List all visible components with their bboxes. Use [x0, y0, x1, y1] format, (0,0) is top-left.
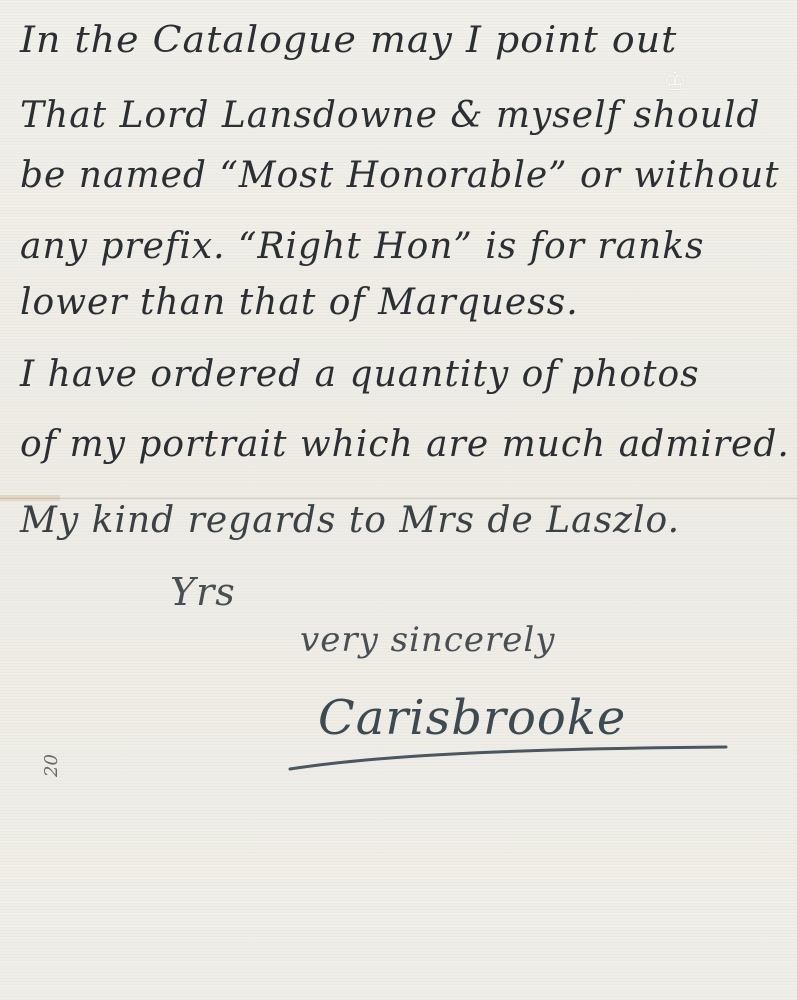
letter-line-1: In the Catalogue may I point out — [20, 20, 677, 61]
letter-line-8: My kind regards to Mrs de Laszlo. — [20, 500, 680, 541]
letter-page: ♔ In the Catalogue may I point out That … — [0, 0, 797, 1000]
closing-sincerely: very sincerely — [300, 620, 555, 660]
signature-underline — [288, 745, 728, 773]
embossed-coronet-icon: ♔ — [660, 68, 690, 96]
letter-line-5: lower than that of Marquess. — [20, 282, 579, 323]
margin-pencil-note: 20 — [41, 754, 62, 777]
letter-line-7: of my portrait which are much admired. — [20, 424, 790, 465]
letter-line-2: That Lord Lansdowne & myself should — [20, 95, 760, 136]
letter-line-4: any prefix. “Right Hon” is for ranks — [20, 226, 705, 267]
letter-line-6: I have ordered a quantity of photos — [20, 354, 700, 395]
signature: Carisbrooke — [318, 690, 626, 746]
letter-line-3: be named “Most Honorable” or without — [20, 155, 780, 196]
closing-yrs: Yrs — [170, 570, 236, 614]
